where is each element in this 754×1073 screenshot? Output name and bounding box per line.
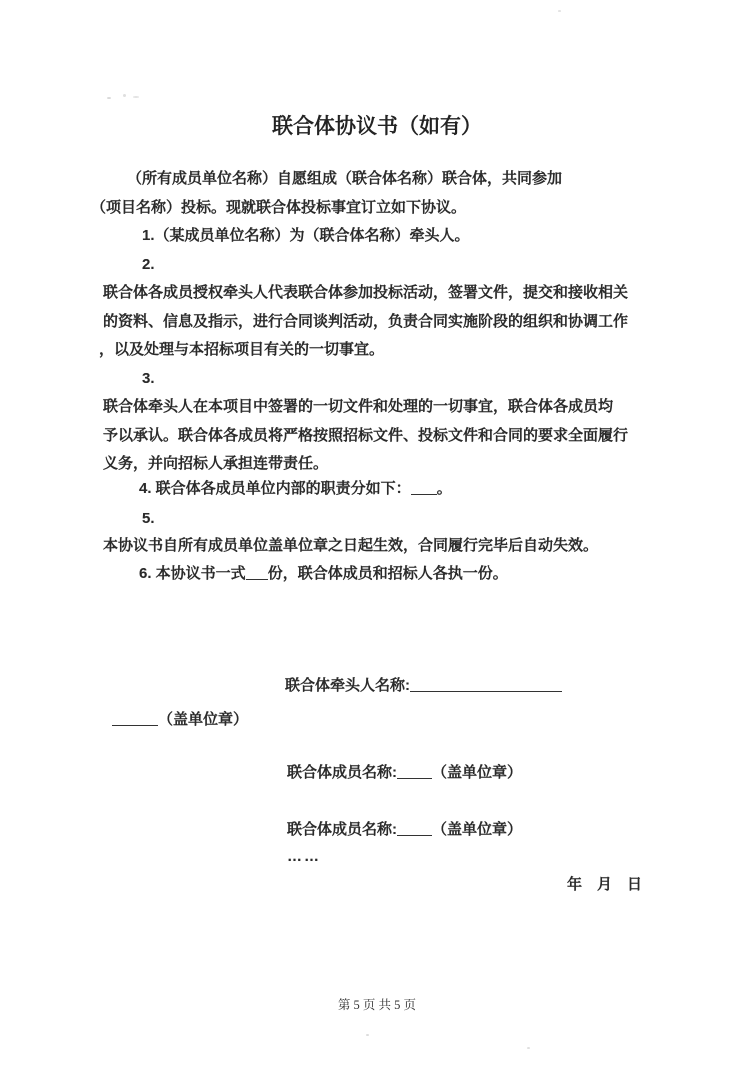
blank-line: [246, 565, 268, 580]
leader-seal-label: （盖单位章）: [158, 711, 248, 728]
paragraph-line: 6. 本协议书一式份，联合体成员和招标人各执一份。: [103, 560, 651, 589]
date-line: 年 月 日: [567, 871, 642, 900]
member-seal-label: （盖单位章）: [432, 821, 522, 838]
clause-4-period: 。: [437, 480, 452, 497]
member-name-line: 联合体成员名称:（盖单位章）: [287, 816, 522, 845]
clause-1: 1.（某成员单位名称）为（联合体名称）牵头人。: [103, 222, 651, 251]
leader-name-label: 联合体牵头人名称:: [285, 677, 410, 694]
paragraph-line: 本协议书自所有成员单位盖单位章之日起生效，合同履行完毕后自动失效。: [103, 532, 651, 561]
paragraph-line: 予以承认。联合体各成员将严格按照招标文件、投标文件和合同的要求全面履行: [103, 422, 651, 451]
page-title: 联合体协议书（如有）: [0, 110, 754, 140]
paragraph-line: ，以及处理与本招标项目有关的一切事宜。: [99, 336, 651, 365]
paragraph-line: （所有成员单位名称）自愿组成（联合体名称）联合体，共同参加: [103, 165, 651, 194]
leader-seal-blank: [112, 711, 158, 726]
leader-name-line: 联合体牵头人名称:: [285, 672, 562, 701]
paragraph-line: 4. 联合体各成员单位内部的职责分如下：。: [103, 475, 651, 504]
page-number: 第 5 页 共 5 页: [0, 995, 754, 1013]
scan-speck: [123, 94, 126, 97]
clause-6: 6. 本协议书一式份，联合体成员和招标人各执一份。: [103, 560, 651, 589]
clause-2-text: 联合体各成员授权牵头人代表联合体参加投标活动，签署文件，提交和接收相关 的资料、…: [103, 279, 651, 365]
opening-paragraph: （所有成员单位名称）自愿组成（联合体名称）联合体，共同参加 （项目名称）投标。现…: [103, 165, 651, 251]
clause-3-text: 联合体牵头人在本项目中签署的一切文件和处理的一切事宜，联合体各成员均 予以承认。…: [103, 393, 651, 479]
more-members-ellipsis: ……: [287, 843, 321, 872]
clause-4-text: 4. 联合体各成员单位内部的职责分如下：: [139, 480, 411, 497]
paragraph-line: （项目名称）投标。现就联合体投标事宜订立如下协议。: [91, 194, 651, 223]
clause-5-text: 本协议书自所有成员单位盖单位章之日起生效，合同履行完毕后自动失效。: [103, 532, 651, 561]
clause-2-number: 2.: [103, 251, 690, 280]
clause-6-text-after: 份，联合体成员和招标人各执一份。: [268, 565, 508, 582]
member-name-blank: [397, 821, 432, 836]
clause-6-text-before: 6. 本协议书一式: [139, 565, 246, 582]
leader-name-blank: [410, 677, 562, 692]
blank-line: [411, 480, 437, 495]
member-name-line: 联合体成员名称:（盖单位章）: [287, 759, 522, 788]
document-page: 联合体协议书（如有） （所有成员单位名称）自愿组成（联合体名称）联合体，共同参加…: [0, 0, 754, 1073]
member-name-label: 联合体成员名称:: [287, 821, 397, 838]
clause-5-number: 5.: [103, 505, 690, 534]
leader-seal-line: （盖单位章）: [112, 706, 248, 735]
scan-speck: [558, 10, 561, 12]
scan-speck: [133, 96, 139, 98]
paragraph-line: 联合体各成员授权牵头人代表联合体参加投标活动，签署文件，提交和接收相关: [103, 279, 651, 308]
member-seal-label: （盖单位章）: [432, 764, 522, 781]
paragraph-line: 的资料、信息及指示，进行合同谈判活动，负责合同实施阶段的组织和协调工作: [103, 308, 651, 337]
clause-3-number: 3.: [103, 365, 690, 394]
paragraph-line: 联合体牵头人在本项目中签署的一切文件和处理的一切事宜，联合体各成员均: [103, 393, 651, 422]
scan-speck: [366, 1034, 369, 1036]
scan-speck: [527, 1047, 530, 1049]
clause-4: 4. 联合体各成员单位内部的职责分如下：。: [103, 475, 651, 504]
scan-speck: [107, 97, 111, 99]
member-name-label: 联合体成员名称:: [287, 764, 397, 781]
member-name-blank: [397, 764, 432, 779]
